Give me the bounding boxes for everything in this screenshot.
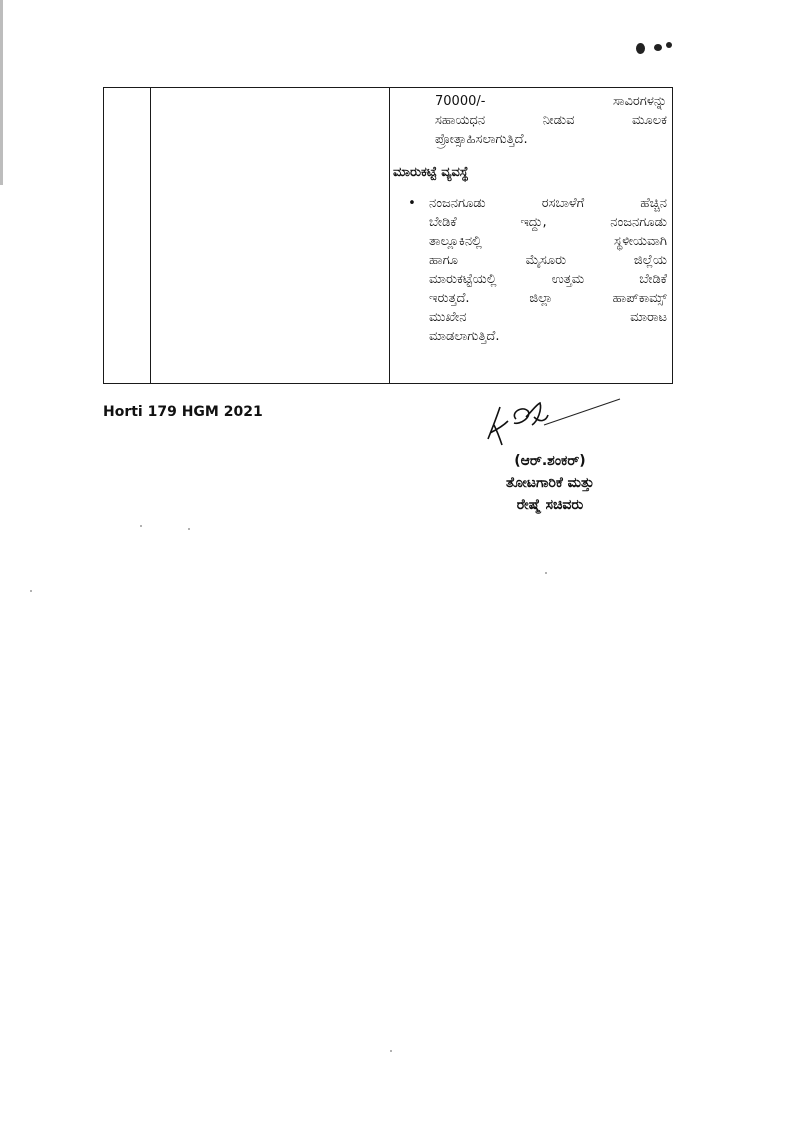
subsidy-paragraph: 70000/- ಸಾವಿರಗಳನ್ನು ಸಹಾಯಧನ ನೀಡುವ ಮೂಲಕ ಪ್…	[393, 92, 667, 149]
bullet-text-line: ಇರುತ್ತದೆ.ಜಿಲ್ಲಾಹಾಪ್‌ಕಾಮ್ಸ್	[429, 289, 667, 308]
table-cell-serial	[104, 88, 151, 383]
scan-speck	[390, 1050, 392, 1052]
scan-speck	[545, 572, 547, 574]
signature	[470, 395, 630, 450]
signatory-block: (ಆರ್.ಶಂಕರ್) ತೋಟಗಾರಿಕೆ ಮತ್ತು ರೇಷ್ಮೆ ಸಚಿವರ…	[450, 450, 650, 516]
section-heading-marketing: ಮಾರುಕಟ್ಟೆ ವ್ಯವಸ್ಥೆ	[393, 163, 667, 182]
reference-number: Horti 179 HGM 2021	[103, 404, 263, 420]
table-cell-middle	[151, 88, 390, 383]
scan-edge-artifact	[0, 0, 3, 185]
document-table: 70000/- ಸಾವಿರಗಳನ್ನು ಸಹಾಯಧನ ನೀಡುವ ಮೂಲಕ ಪ್…	[103, 87, 673, 384]
signatory-title-line-1: ತೋಟಗಾರಿಕೆ ಮತ್ತು	[450, 472, 650, 494]
signatory-title-line-2: ರೇಷ್ಮೆ ಸಚಿವರು	[450, 494, 650, 516]
bullet-text-line: ಮಾರುಕಟ್ಟೆಯಲ್ಲಿಉತ್ತಮಬೇಡಿಕೆ	[429, 270, 667, 289]
scan-speck	[188, 528, 190, 530]
bullet-text: ನಂಜನಗೂಡುರಸಬಾಳೆಗೆಹೆಚ್ಚಿನಬೇಡಿಕೆಇದ್ದು,ನಂಜನಗ…	[429, 194, 667, 346]
bullet-text-line: ಮಾಡಲಾಗುತ್ತಿದೆ.	[429, 327, 667, 346]
bullet-item-marketing: • ನಂಜನಗೂಡುರಸಬಾಳೆಗೆಹೆಚ್ಚಿನಬೇಡಿಕೆಇದ್ದು,ನಂಜ…	[393, 194, 667, 346]
ink-stamp-marks	[632, 40, 692, 58]
bullet-text-line: ಬೇಡಿಕೆಇದ್ದು,ನಂಜನಗೂಡು	[429, 213, 667, 232]
signatory-name: (ಆರ್.ಶಂಕರ್)	[450, 450, 650, 472]
scan-speck	[30, 590, 32, 592]
scan-speck	[140, 525, 142, 527]
bullet-text-line: ತಾಲ್ಲೂಕಿನಲ್ಲಿಸ್ಥಳೀಯವಾಗಿ	[429, 232, 667, 251]
bullet-icon: •	[393, 194, 429, 346]
bullet-text-line: ಮುಖೇನಮಾರಾಟ	[429, 308, 667, 327]
table-cell-details: 70000/- ಸಾವಿರಗಳನ್ನು ಸಹಾಯಧನ ನೀಡುವ ಮೂಲಕ ಪ್…	[390, 88, 672, 383]
amount-text: 70000/-	[435, 92, 485, 111]
bullet-text-line: ಹಾಗೂಮೈಸೂರುಜಿಲ್ಲೆಯ	[429, 251, 667, 270]
bullet-text-line: ನಂಜನಗೂಡುರಸಬಾಳೆಗೆಹೆಚ್ಚಿನ	[429, 194, 667, 213]
